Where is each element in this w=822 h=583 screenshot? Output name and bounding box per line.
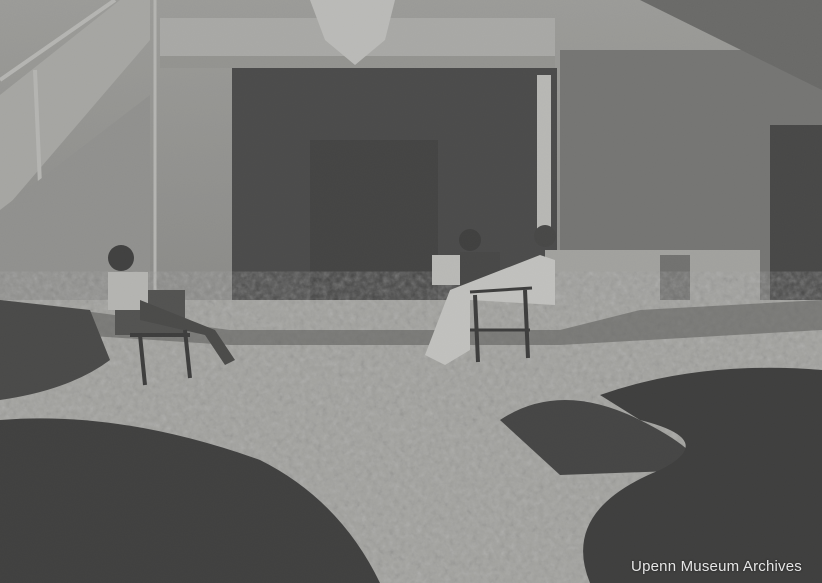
watermark-text: Upenn Museum Archives [631,558,802,575]
archival-photograph: Upenn Museum Archives [0,0,822,583]
photo-scene [0,0,822,583]
